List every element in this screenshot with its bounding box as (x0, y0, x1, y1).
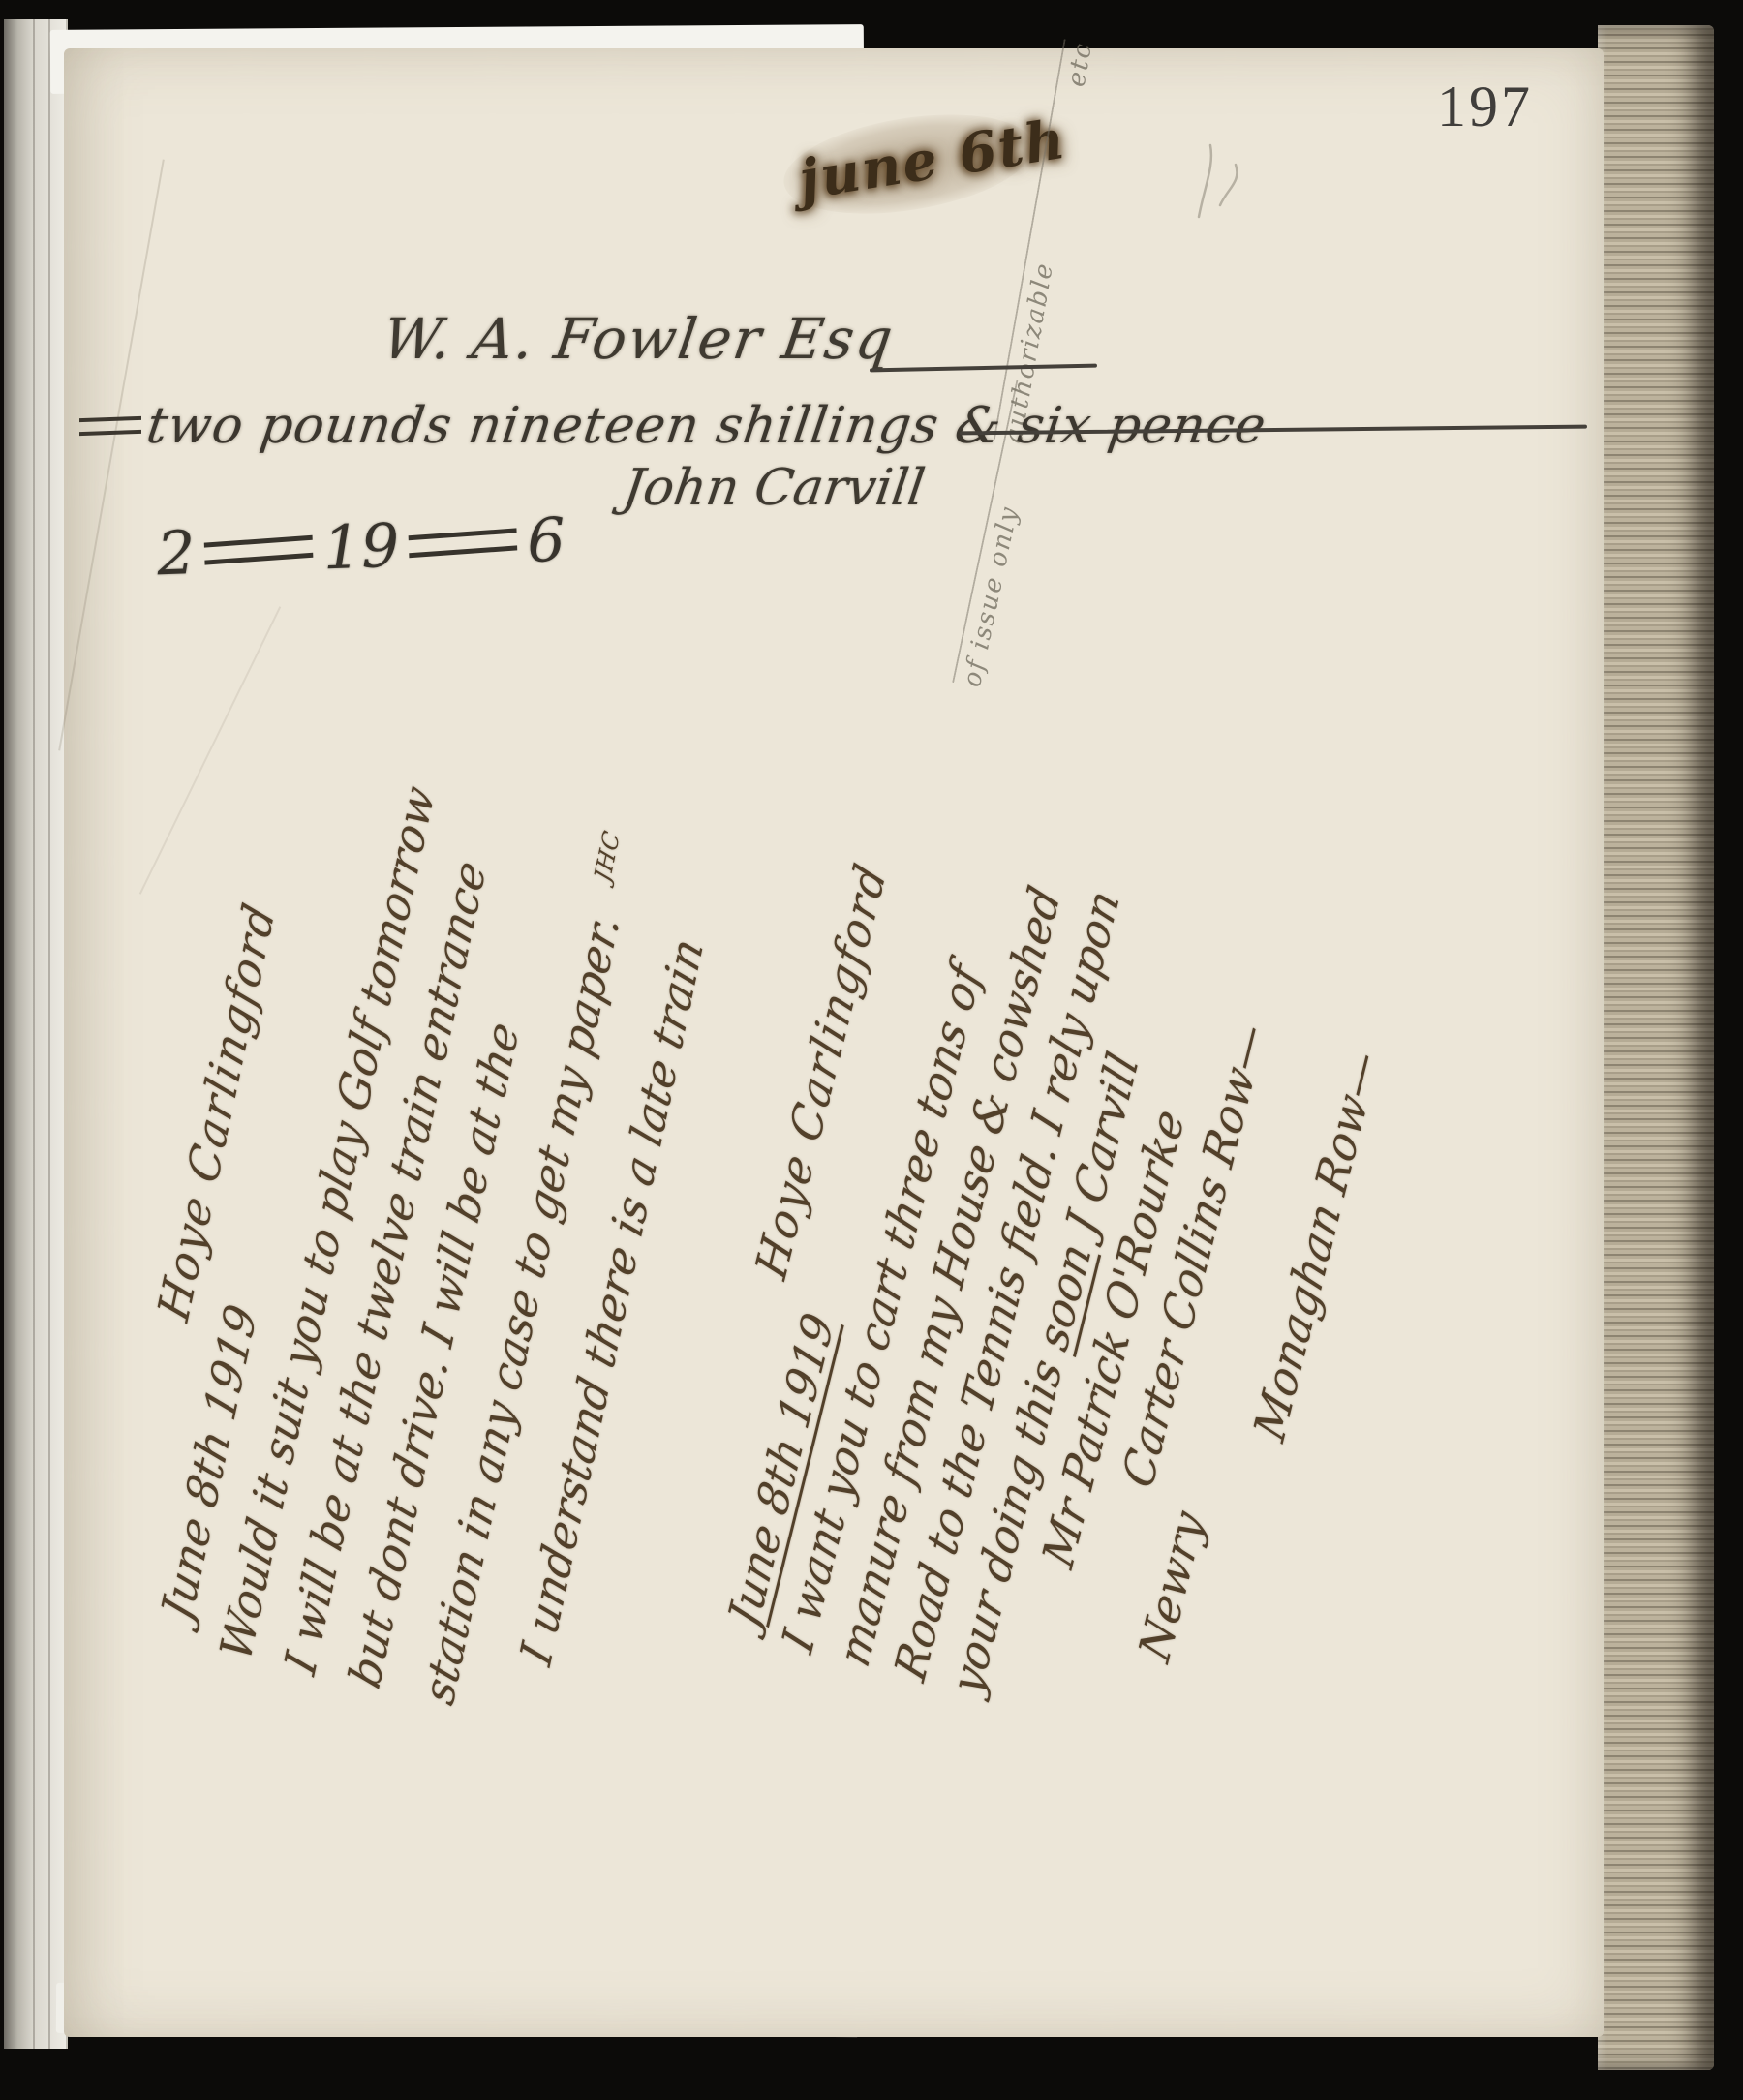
paper-crease (58, 160, 165, 751)
amount-separator (204, 535, 314, 565)
pencil-note-top: authorizable etc (994, 39, 1098, 445)
pencil-note-top-suffix: etc (1062, 40, 1099, 89)
book-fore-edge-pages (1598, 25, 1714, 2070)
letter1-initials: JHC (589, 827, 625, 885)
book-scan: { "page": { "number": "197" }, "receipt"… (0, 0, 1743, 2100)
receipt-amount-figures: 2 19 6 (156, 504, 566, 590)
amount-pounds: 2 (156, 517, 197, 589)
left-page-edges (4, 19, 68, 2049)
manuscript-page: 197 june 6th authorizable etc of issue o… (64, 48, 1604, 2037)
faint-pencil-mark (1185, 137, 1253, 225)
ink-double-dash (79, 416, 141, 436)
receipt-amount-row: two pounds nineteen shillings & six penc… (79, 397, 1266, 455)
letter-copy-2: Hoye Carlingford June 8th 1919 I want yo… (656, 778, 1456, 1762)
receipt-signature: John Carvill (620, 459, 929, 517)
receipt-payee: W. A. Fowler Esq (379, 306, 899, 372)
page-number: 197 (1437, 74, 1533, 140)
amount-shillings: 19 (321, 510, 400, 584)
receipt-amount-words: two pounds nineteen shillings & six penc… (143, 397, 1270, 455)
amount-separator (409, 528, 518, 558)
ink-dash (870, 364, 1097, 373)
page-edge-line (33, 19, 35, 2049)
page-edge-line (48, 19, 50, 2049)
letter-copy-1: Hoye Carlingford June 8th 1919 Would it … (74, 809, 732, 1727)
amount-pence: 6 (526, 504, 566, 576)
